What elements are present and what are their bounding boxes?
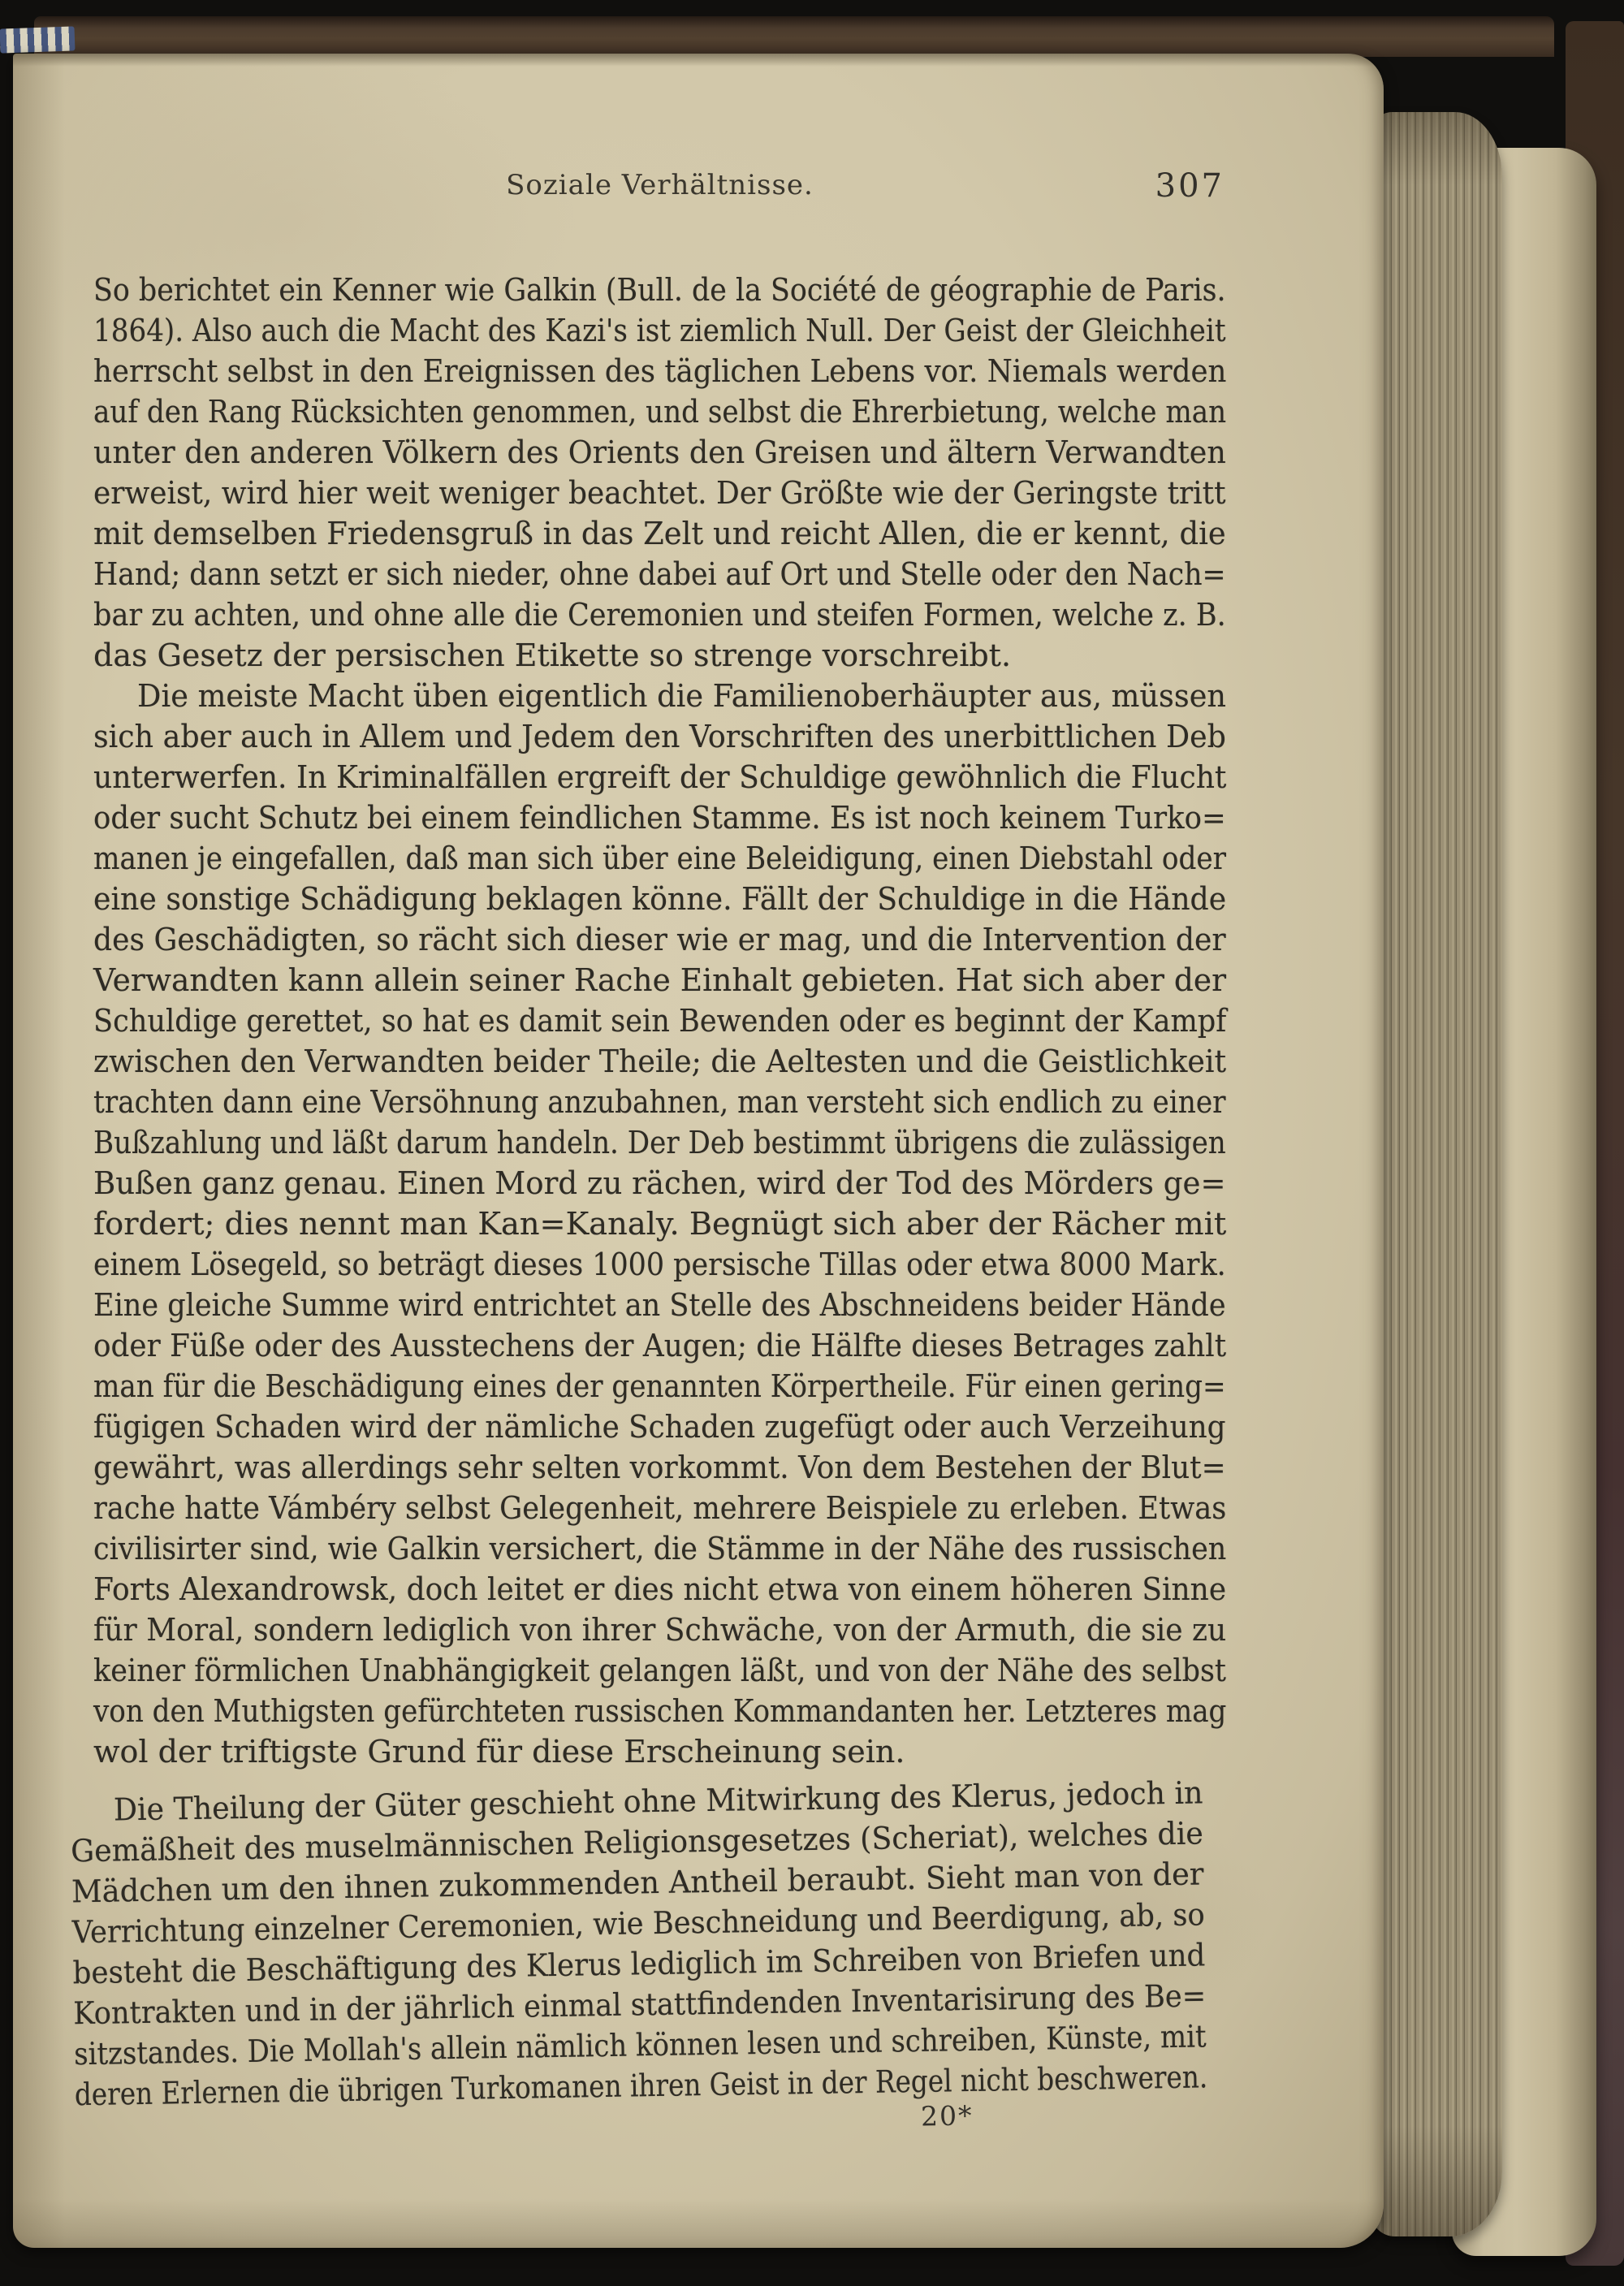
text-line: Verwandten kann allein seiner Rache Einh… (93, 960, 1226, 1000)
text-line: unter den anderen Völkern des Orients de… (93, 432, 1226, 473)
headband-stripes (0, 26, 75, 53)
text-line: unterwerfen. In Kriminalfällen ergreift … (93, 757, 1226, 797)
text-line: civilisirter sind, wie Galkin versichert… (93, 1528, 1226, 1569)
book-cover-top-edge (34, 16, 1554, 57)
text-line: einem Lösegeld, so beträgt dieses 1000 p… (93, 1244, 1226, 1285)
text-line: manen je eingefallen, daß man sich über … (93, 838, 1226, 879)
text-line: fordert; dies nennt man Kan=Kanaly. Begn… (93, 1203, 1226, 1244)
text-line: von den Muthigsten gefürchteten russisch… (93, 1691, 1226, 1731)
text-line: oder Füße oder des Ausstechens der Augen… (93, 1325, 1226, 1366)
paragraph: So berichtet ein Kenner wie Galkin (Bull… (93, 270, 1226, 676)
text-line: oder sucht Schutz bei einem feindlichen … (93, 797, 1226, 838)
text-line: erweist, wird hier weit weniger beachtet… (93, 473, 1226, 513)
text-line: gewährt, was allerdings sehr selten vork… (93, 1447, 1226, 1488)
text-line: bar zu achten, und ohne alle die Ceremon… (93, 594, 1226, 635)
text-line: trachten dann eine Versöhnung anzubahnen… (93, 1082, 1226, 1122)
running-head: Soziale Verhältnisse. 307 (93, 169, 1226, 208)
paragraph: Die meiste Macht üben eigentlich die Fam… (93, 676, 1226, 1772)
text-block: So berichtet ein Kenner wie Galkin (Bull… (93, 270, 1226, 2097)
page-number: 307 (1155, 167, 1224, 205)
text-line: mit demselben Friedensgruß in das Zelt u… (93, 513, 1226, 554)
text-line: wol der triftigste Grund für diese Ersch… (93, 1731, 1226, 1772)
text-line: keiner förmlichen Unabhängigkeit gelange… (93, 1650, 1226, 1691)
paragraph: Die Theilung der Güter geschieht ohne Mi… (70, 1772, 1207, 2115)
text-line: zwischen den Verwandten beider Theile; d… (93, 1041, 1226, 1082)
text-line: Die meiste Macht üben eigentlich die Fam… (93, 676, 1226, 716)
text-line: Eine gleiche Summe wird entrichtet an St… (93, 1285, 1226, 1325)
signature-mark: 20* (921, 2099, 974, 2132)
text-line: 1864). Also auch die Macht des Kazi's is… (93, 310, 1226, 351)
text-line: Bußen ganz genau. Einen Mord zu rächen, … (93, 1163, 1226, 1203)
page-fore-edges (1371, 112, 1502, 2236)
text-line: sich aber auch in Allem und Jedem den Vo… (93, 716, 1226, 757)
text-line: herrscht selbst in den Ereignissen des t… (93, 351, 1226, 391)
text-line: man für die Beschädigung eines der genan… (93, 1366, 1226, 1407)
text-line: für Moral, sondern lediglich von ihrer S… (93, 1610, 1226, 1650)
text-line: Schuldige gerettet, so hat es damit sein… (93, 1000, 1226, 1041)
page-title: Soziale Verhältnisse. (93, 169, 1226, 201)
text-line: So berichtet ein Kenner wie Galkin (Bull… (93, 270, 1226, 310)
text-line: Forts Alexandrowsk, doch leitet er dies … (93, 1569, 1226, 1610)
text-line: des Geschädigten, so rächt sich dieser w… (93, 919, 1226, 960)
text-line: rache hatte Vámbéry selbst Gelegenheit, … (93, 1488, 1226, 1528)
book-page: Soziale Verhältnisse. 307 So berichtet e… (13, 54, 1384, 2248)
scanned-book-photo: Soziale Verhältnisse. 307 So berichtet e… (0, 0, 1624, 2286)
text-line: Hand; dann setzt er sich nieder, ohne da… (93, 554, 1226, 594)
text-line: eine sonstige Schädigung beklagen könne.… (93, 879, 1226, 919)
text-line: auf den Rang Rücksichten genommen, und s… (93, 391, 1226, 432)
text-line: das Gesetz der persischen Etikette so st… (93, 635, 1226, 676)
text-line: fügigen Schaden wird der nämliche Schade… (93, 1407, 1226, 1447)
text-line: Bußzahlung und läßt darum handeln. Der D… (93, 1122, 1226, 1163)
